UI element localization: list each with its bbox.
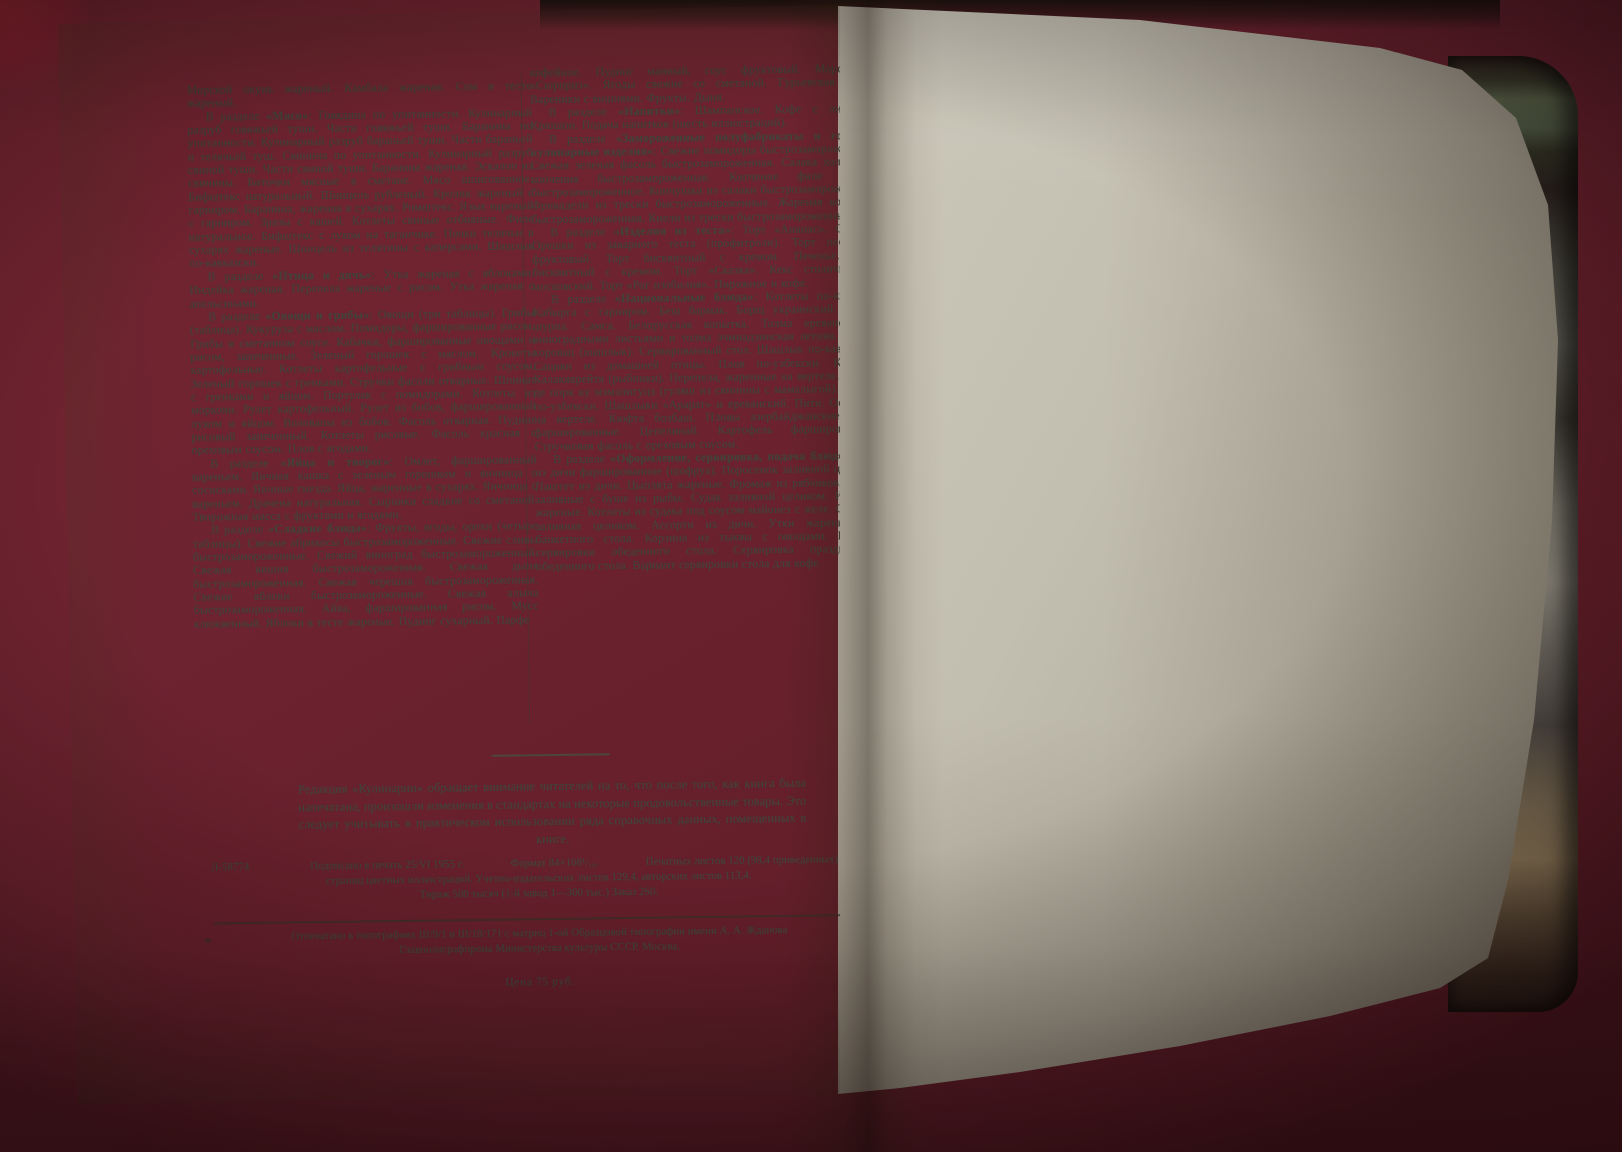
section-title: «Национальные блюда»: [615, 289, 754, 305]
printed-content: Морской окунь жареный. Камбала жареная. …: [50, 5, 900, 1112]
colophon-code: Л-58774: [211, 860, 249, 875]
section-title: «Изделия из теста»: [614, 223, 731, 239]
text-column-1: Морской окунь жареный. Камбала жареная. …: [187, 79, 540, 731]
section-paragraph: В разделе «Сладкие блюда»: Фрукты, ягоды…: [193, 520, 539, 631]
book-photo: Морской окунь жареный. Камбала жареная. …: [0, 0, 1622, 1152]
colophon: Л-58774 Подписано в печать 25/VI 1955 г.…: [211, 852, 867, 905]
colophon-sheets: Печатных листов 120 (98,4 приведенных) +…: [646, 852, 866, 870]
section-paragraph: В разделе «Оформление, сервировка, подач…: [535, 449, 882, 574]
section-paragraph: В разделе «Яйца и творог»: Омлет, фаршир…: [192, 453, 538, 524]
section-paragraph: В разделе «Мясо»: Говядина по упитанност…: [187, 106, 534, 271]
section-title: «Оформление, сервировка, подача блюд»: [610, 448, 844, 465]
printers-mark-speck: [205, 938, 211, 942]
section-title: «Овощи и грибы»: [265, 307, 369, 322]
colophon-format: Формат 84×108¹/₁₆.: [510, 855, 598, 871]
section-paragraph: В разделе «Птица и дичь»: Утка жареная с…: [189, 266, 534, 311]
text-column-2: кофейное. Пудинг манный, соус фруктовый.…: [530, 62, 884, 728]
section-title: «Сладкие блюда»: [268, 521, 367, 536]
section-title: «Напитки»: [618, 103, 680, 118]
section-paragraph: В разделе «Замороженные полуфабрикаты и …: [530, 128, 876, 226]
editorial-notice: Редакция «Кулинарии» обращает внимание ч…: [298, 775, 807, 852]
section-end-rule: [492, 753, 610, 757]
printer-imprint: Отпечатано в типографиях III/9/1 и III/1…: [212, 922, 867, 961]
section-paragraph: В разделе «Изделия из теста»: Торт «Анан…: [532, 222, 878, 293]
section-title: «Птица и дичь»: [272, 267, 372, 282]
section-title: «Мясо»: [266, 108, 308, 123]
section-title: «Яйца и творог»: [280, 454, 389, 469]
section-paragraph: В разделе «Национальные блюда»: Котлеты …: [533, 289, 880, 454]
section-paragraph: В разделе «Овощи и грибы»: Овощи (три та…: [190, 306, 537, 457]
price-line: Цена 75 руб.: [212, 971, 867, 993]
section-title: «Замороженные полуфабрикаты и готовые ку…: [531, 127, 876, 159]
continuation-paragraph: кофейное. Пудинг манный, соус фруктовый.…: [530, 62, 875, 107]
